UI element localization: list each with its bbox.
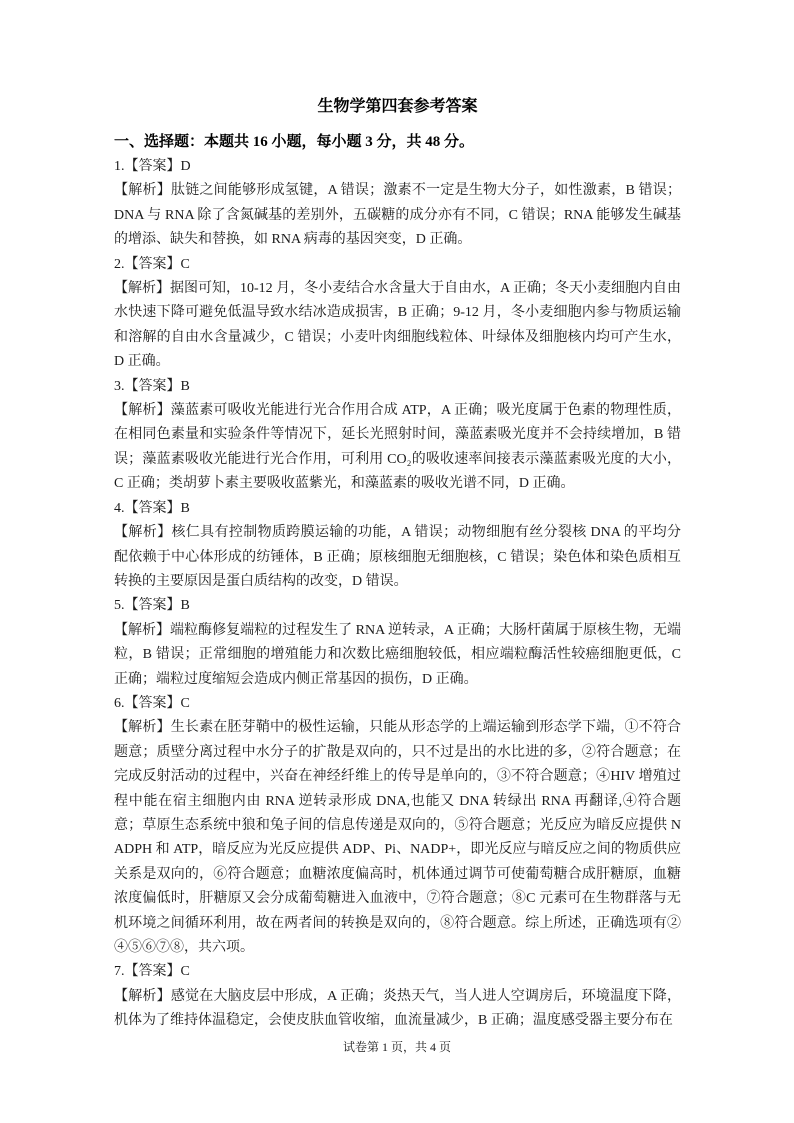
analysis-paragraph: 【解析】核仁具有控制物质跨膜运输的功能，A 错误；动物细胞有丝分裂核 DNA 的… xyxy=(114,521,681,594)
answer-line: 2.【答案】C xyxy=(114,253,681,277)
answer-label: 【答案】 xyxy=(125,257,181,272)
question-number: 4. xyxy=(114,501,125,516)
analysis-paragraph: 【解析】藻蓝素可吸收光能进行光合作用合成 ATP，A 正确；吸光度属于色素的物理… xyxy=(114,399,681,497)
answer-value: D xyxy=(181,159,191,174)
analysis-paragraph: 【解析】肽链之间能够形成氢键，A 错误；激素不一定是生物大分子，如性激素，B 错… xyxy=(114,179,681,252)
answer-value: C xyxy=(181,964,190,979)
analysis-label: 【解析】 xyxy=(114,183,171,198)
analysis-text: 肽链之间能够形成氢键，A 错误；激素不一定是生物大分子，如性激素，B 错误；DN… xyxy=(114,183,681,247)
analysis-text: 端粒酶修复端粒的过程发生了 RNA 逆转录，A 正确；大肠杆菌属于原核生物，无端… xyxy=(114,623,681,687)
answer-line: 3.【答案】B xyxy=(114,375,681,399)
analysis-label: 【解析】 xyxy=(114,525,171,540)
answer-label: 【答案】 xyxy=(125,964,181,979)
question-block-7: 7.【答案】C 【解析】感觉在大脑皮层中形成，A 正确；炎热天气，当人进人空调房… xyxy=(114,960,681,1033)
analysis-label: 【解析】 xyxy=(114,720,171,735)
question-number: 5. xyxy=(114,598,125,613)
answer-line: 6.【答案】C xyxy=(114,692,681,716)
question-number: 1. xyxy=(114,159,125,174)
answer-label: 【答案】 xyxy=(125,501,181,516)
answer-line: 1.【答案】D xyxy=(114,155,681,179)
answer-label: 【答案】 xyxy=(125,598,181,613)
page-footer: 试卷第 1 页，共 4 页 xyxy=(0,1039,794,1055)
answer-value: B xyxy=(181,379,190,394)
analysis-paragraph: 【解析】端粒酶修复端粒的过程发生了 RNA 逆转录，A 正确；大肠杆菌属于原核生… xyxy=(114,619,681,692)
question-number: 6. xyxy=(114,696,125,711)
analysis-text: 核仁具有控制物质跨膜运输的功能，A 错误；动物细胞有丝分裂核 DNA 的平均分配… xyxy=(114,525,681,589)
question-block-5: 5.【答案】B 【解析】端粒酶修复端粒的过程发生了 RNA 逆转录，A 正确；大… xyxy=(114,594,681,692)
analysis-label: 【解析】 xyxy=(114,989,171,1004)
answer-line: 7.【答案】C xyxy=(114,960,681,984)
question-number: 3. xyxy=(114,379,125,394)
section-heading: 一、选择题：本题共 16 小题，每小题 3 分，共 48 分。 xyxy=(114,130,681,155)
analysis-text: 藻蓝素可吸收光能进行光合作用合成 ATP，A 正确；吸光度属于色素的物理性质，在… xyxy=(114,403,681,491)
question-block-6: 6.【答案】C 【解析】生长素在胚芽鞘中的极性运输，只能从形态学的上端运输到形态… xyxy=(114,692,681,960)
question-number: 2. xyxy=(114,257,125,272)
document-page: 生物学第四套参考答案 一、选择题：本题共 16 小题，每小题 3 分，共 48 … xyxy=(0,0,794,1123)
answer-value: C xyxy=(181,696,190,711)
answer-line: 4.【答案】B xyxy=(114,497,681,521)
analysis-text: 据图可知，10-12 月，冬小麦结合水含量大于自由水，A 正确；冬天小麦细胞内自… xyxy=(114,281,681,369)
answer-value: B xyxy=(181,598,190,613)
analysis-label: 【解析】 xyxy=(114,623,170,638)
analysis-paragraph: 【解析】生长素在胚芽鞘中的极性运输，只能从形态学的上端运输到形态学下端，①不符合… xyxy=(114,716,681,960)
answer-line: 5.【答案】B xyxy=(114,594,681,618)
analysis-paragraph: 【解析】据图可知，10-12 月，冬小麦结合水含量大于自由水，A 正确；冬天小麦… xyxy=(114,277,681,375)
question-number: 7. xyxy=(114,964,125,979)
analysis-text: 感觉在大脑皮层中形成，A 正确；炎热天气，当人进人空调房后，环境温度下降，机体为… xyxy=(114,989,681,1028)
question-block-4: 4.【答案】B 【解析】核仁具有控制物质跨膜运输的功能，A 错误；动物细胞有丝分… xyxy=(114,497,681,595)
analysis-text: 生长素在胚芽鞘中的极性运输，只能从形态学的上端运输到形态学下端，①不符合题意；质… xyxy=(114,720,681,955)
answer-value: B xyxy=(181,501,190,516)
answer-value: C xyxy=(181,257,190,272)
question-block-2: 2.【答案】C 【解析】据图可知，10-12 月，冬小麦结合水含量大于自由水，A… xyxy=(114,253,681,375)
document-content: 生物学第四套参考答案 一、选择题：本题共 16 小题，每小题 3 分，共 48 … xyxy=(114,95,681,1034)
answer-label: 【答案】 xyxy=(125,159,181,174)
analysis-label: 【解析】 xyxy=(114,403,171,418)
page-title: 生物学第四套参考答案 xyxy=(114,95,681,119)
answer-label: 【答案】 xyxy=(125,379,181,394)
question-block-3: 3.【答案】B 【解析】藻蓝素可吸收光能进行光合作用合成 ATP，A 正确；吸光… xyxy=(114,375,681,497)
question-block-1: 1.【答案】D 【解析】肽链之间能够形成氢键，A 错误；激素不一定是生物大分子，… xyxy=(114,155,681,253)
answer-label: 【答案】 xyxy=(125,696,181,711)
analysis-paragraph: 【解析】感觉在大脑皮层中形成，A 正确；炎热天气，当人进人空调房后，环境温度下降… xyxy=(114,985,681,1034)
analysis-label: 【解析】 xyxy=(114,281,170,296)
